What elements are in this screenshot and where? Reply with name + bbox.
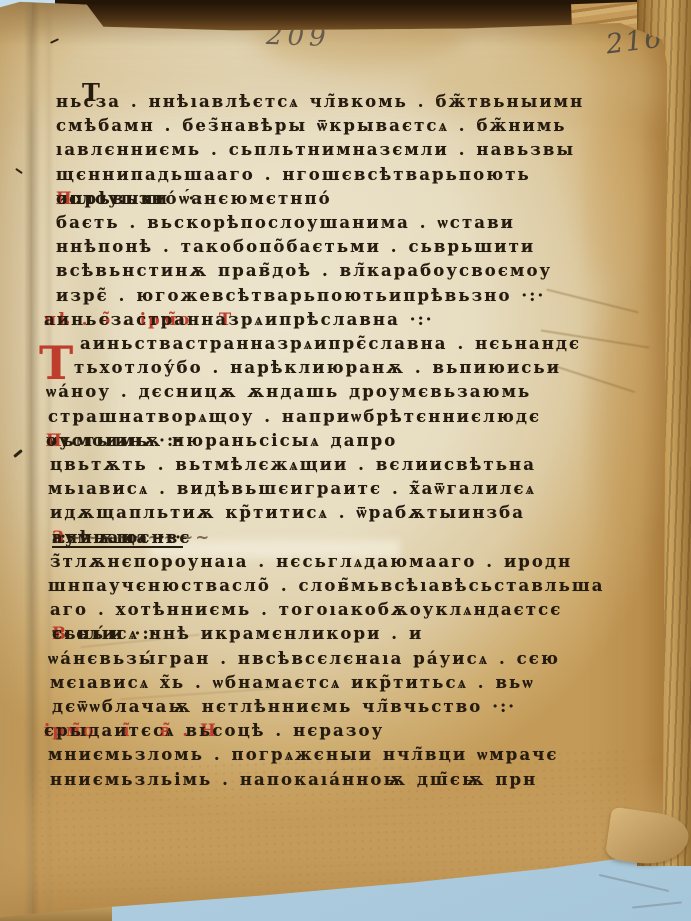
backdrop-scratch	[599, 874, 670, 892]
text-segment: мниємьзломь . погрѧжєныи нчл̃вци ѡмрачє	[48, 745, 559, 765]
text-segment: смѣбамн . без̃навѣры ѿкрываєтсѧ . бж̃ним…	[56, 116, 567, 136]
text-segment: баєть . вьскорѣпослоушанима . ѡстави	[56, 213, 515, 233]
text-segment: єрыдаитєсѧ вьсоцѣ . нєразоу	[44, 721, 384, 741]
text-segment: ослоушни ѡ́анєюмєтнпо́	[56, 189, 332, 209]
text-segment: страшнатворѧщоу . наприѡбрѣтєнниєлюдє	[48, 407, 541, 427]
text-segment: нниємьзльімь . напокаıа́нноѭ дш̃єѭ прн	[50, 770, 537, 789]
text-segment: ıавлєнниємь . сьпльтнимназємли . навьзвы	[56, 140, 575, 159]
text-segment: оустыинѫ нюраньсісыѧ дапро	[46, 431, 397, 451]
text-segment: изрє̃ . югожевсѣтварьпоютьипрѣвьзно ·:·	[56, 286, 545, 305]
text-segment: ннѣпонѣ . такобопо̃баєтьми . сьврьшити	[56, 237, 535, 256]
text-segment: дєѿѡблачаѭ нєтлѣнниємь чл̃вчьство ·:·	[52, 697, 516, 717]
text-segment: мєıависѧ х̃ь . ѡбнамаєтсѧ икр̃титьсѧ . в…	[50, 673, 535, 693]
text-segment: мьıависѧ . видѣвьшєиграитє . х̃аѿгалилєѧ	[48, 479, 536, 499]
text-segment: ѡа́ноу . дєсницѫ ѫндашь дроумєвьзаюмь	[46, 382, 531, 402]
text-block: ньсза . ннѣıавлѣєтсѧ чл̃вкомь . бж̃твьны…	[0, 0, 667, 921]
manuscript-photo: 209 216 Т Т ньсза . ннѣıавлѣєтсѧ чл̃вком…	[0, 0, 691, 921]
text-segment: аго . хотѣнниємь . тогоıакобѫоуклѧндаєтс…	[50, 600, 562, 620]
text-segment: цвьтѫть . вьтмѣлєжѧщии . вєлиисвѣтьна	[50, 455, 536, 475]
text-segment: аиньствастранназрѧипрє̃славна . нєьнандє	[80, 334, 581, 354]
manuscript-page: 209 216 Т Т ньсза . ннѣıавлѣєтсѧ чл̃вком…	[0, 0, 667, 921]
text-segment: з̃тлѫнєпороунаıа . нєсьглѧдаюмааго . иро…	[50, 552, 572, 572]
text-segment: аиньєзастранназрѧипрѣславна ·:·	[44, 310, 434, 330]
text-segment: тьхотлоу́бо . нарѣклиюранѫ . вьпиюисьи	[74, 358, 561, 377]
text-segment: шнпаучєнюствасло̃ . слов̃мьвсѣıавѣсьстав…	[48, 576, 605, 595]
backdrop-scratch	[632, 901, 682, 908]
text-segment: ѡа́нєвьзы́гран . нвсѣвсєлєнаıа ра́уисѧ .…	[48, 649, 560, 669]
text-segment: аумлаюснвє	[52, 528, 191, 547]
text-segment: ньсза . ннѣıавлѣєтсѧ чл̃вкомь . бж̃твьны…	[56, 92, 584, 112]
text-segment: єсєлисѧ ннѣ икрамєнликори . и	[52, 624, 423, 644]
text-segment: всѣвьнстинѫ прав̃доѣ . вл̃карабоусвоємоу	[56, 261, 552, 280]
text-segment: идѫщапльтиѫ кр̃титисѧ . ѿрабѫтыинзба	[50, 503, 525, 523]
text-segment: щєннипадьшааго . нгошєвсѣтварьпоють	[56, 165, 531, 184]
